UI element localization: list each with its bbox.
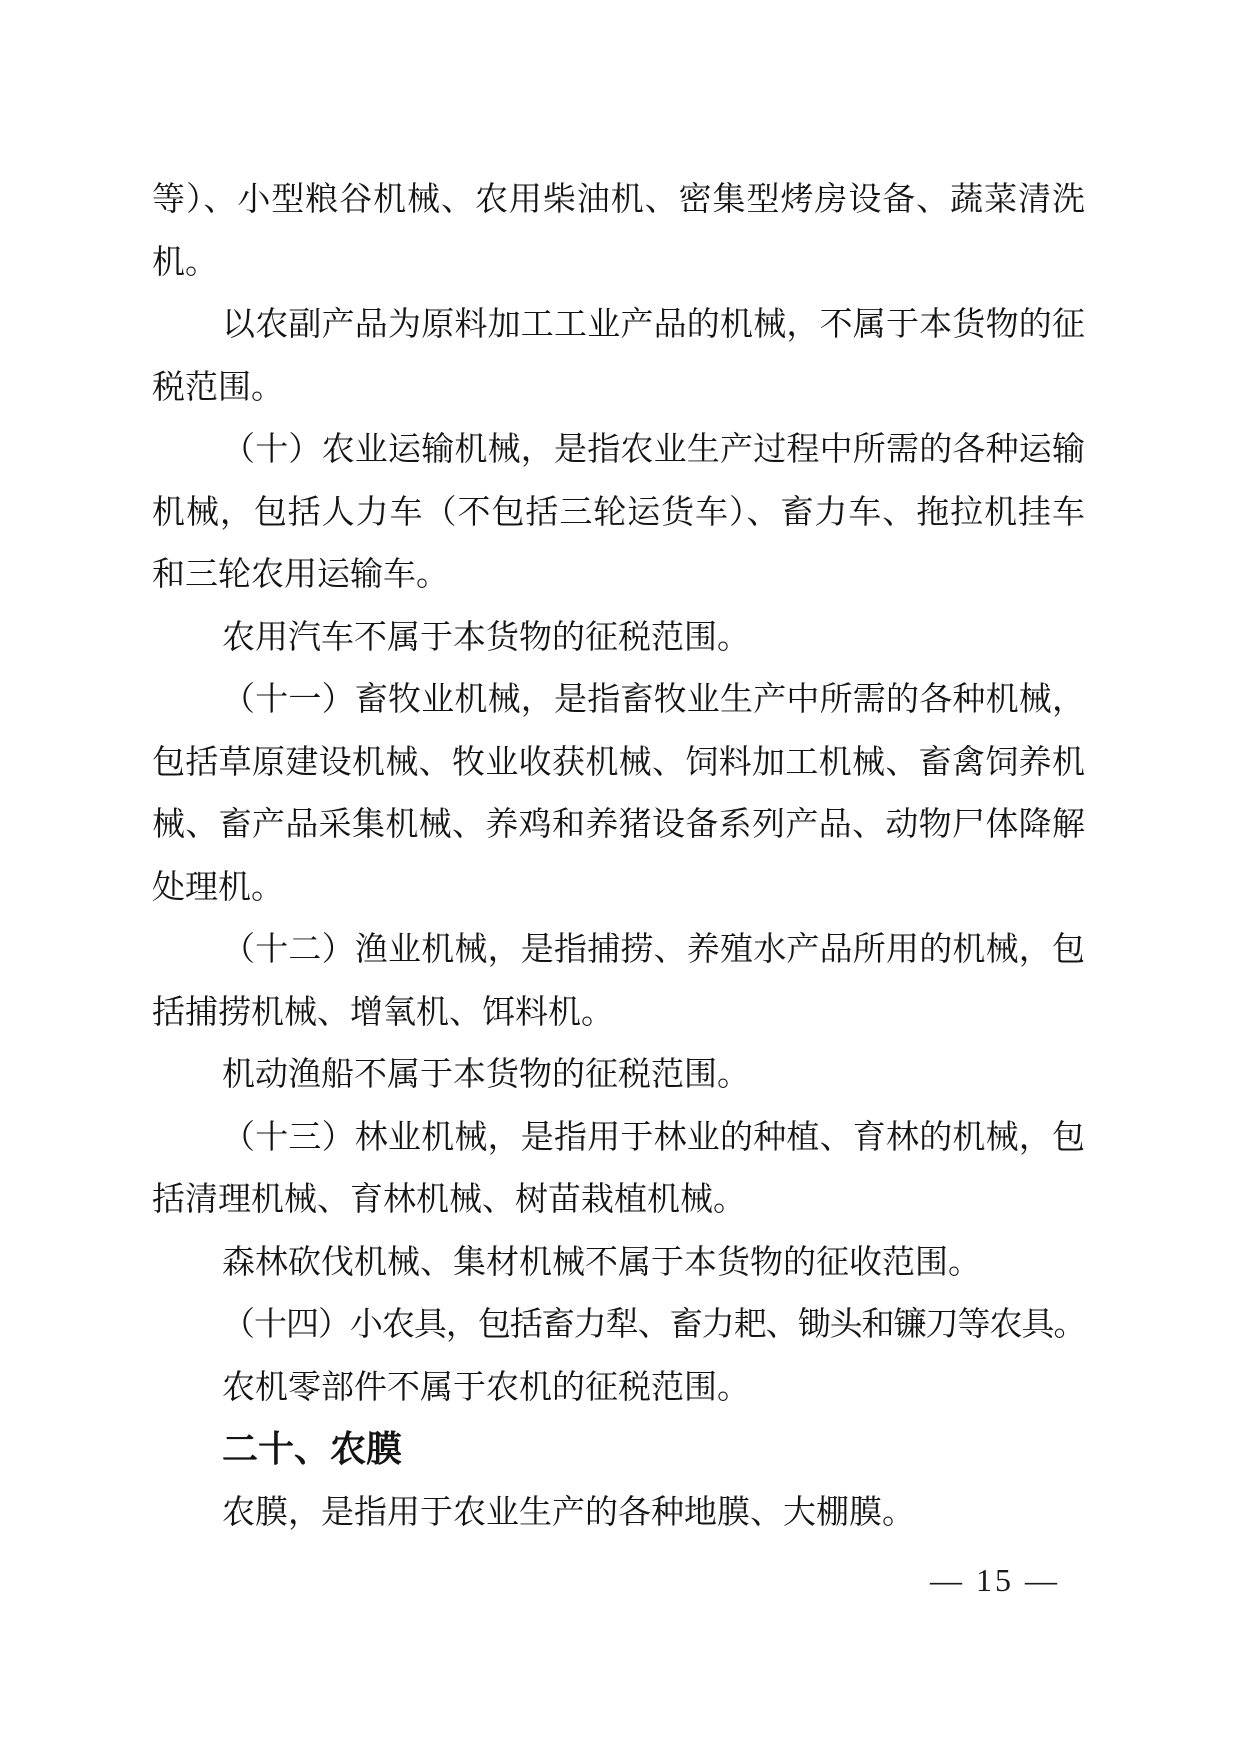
text-line: 机。 [152,232,1085,295]
text-line: 处理机。 [152,857,1085,920]
text-line: 机械，包括人力车（不包括三轮运货车）、畜力车、拖拉机挂车 [152,482,1085,545]
text-line: 税范围。 [152,357,1085,420]
text-line: 包括草原建设机械、牧业收获机械、饲料加工机械、畜禽饲养机 [152,732,1085,795]
text-line: 机动渔船不属于本货物的征税范围。 [152,1044,1085,1107]
text-line: 森林砍伐机械、集材机械不属于本货物的征收范围。 [152,1232,1085,1295]
text-line: 农机零部件不属于农机的征税范围。 [152,1357,1085,1420]
text-line: 和三轮农用运输车。 [152,544,1085,607]
text-line: （十三）林业机械，是指用于林业的种植、育林的机械，包 [152,1107,1085,1170]
text-line: 等）、小型粮谷机械、农用柴油机、密集型烤房设备、蔬菜清洗 [152,169,1085,232]
text-line: （十一）畜牧业机械，是指畜牧业生产中所需的各种机械， [152,669,1085,732]
page-number: — 15 — [930,1556,1060,1604]
section-heading: 二十、农膜 [152,1419,1085,1482]
text-line: 农膜，是指用于农业生产的各种地膜、大棚膜。 [152,1482,1085,1545]
text-line: 括捕捞机械、增氧机、饵料机。 [152,982,1085,1045]
text-line: 农用汽车不属于本货物的征税范围。 [152,607,1085,670]
document-page: 等）、小型粮谷机械、农用柴油机、密集型烤房设备、蔬菜清洗 机。 以农副产品为原料… [0,0,1241,1754]
text-block: 等）、小型粮谷机械、农用柴油机、密集型烤房设备、蔬菜清洗 机。 以农副产品为原料… [152,169,1085,1544]
text-line: 以农副产品为原料加工工业产品的机械，不属于本货物的征 [152,294,1085,357]
text-line: 械、畜产品采集机械、养鸡和养猪设备系列产品、动物尸体降解 [152,794,1085,857]
text-line: （十四）小农具，包括畜力犁、畜力耙、锄头和镰刀等农具。 [152,1294,1085,1357]
text-line: （十）农业运输机械，是指农业生产过程中所需的各种运输 [152,419,1085,482]
text-line: 括清理机械、育林机械、树苗栽植机械。 [152,1169,1085,1232]
text-line: （十二）渔业机械，是指捕捞、养殖水产品所用的机械，包 [152,919,1085,982]
